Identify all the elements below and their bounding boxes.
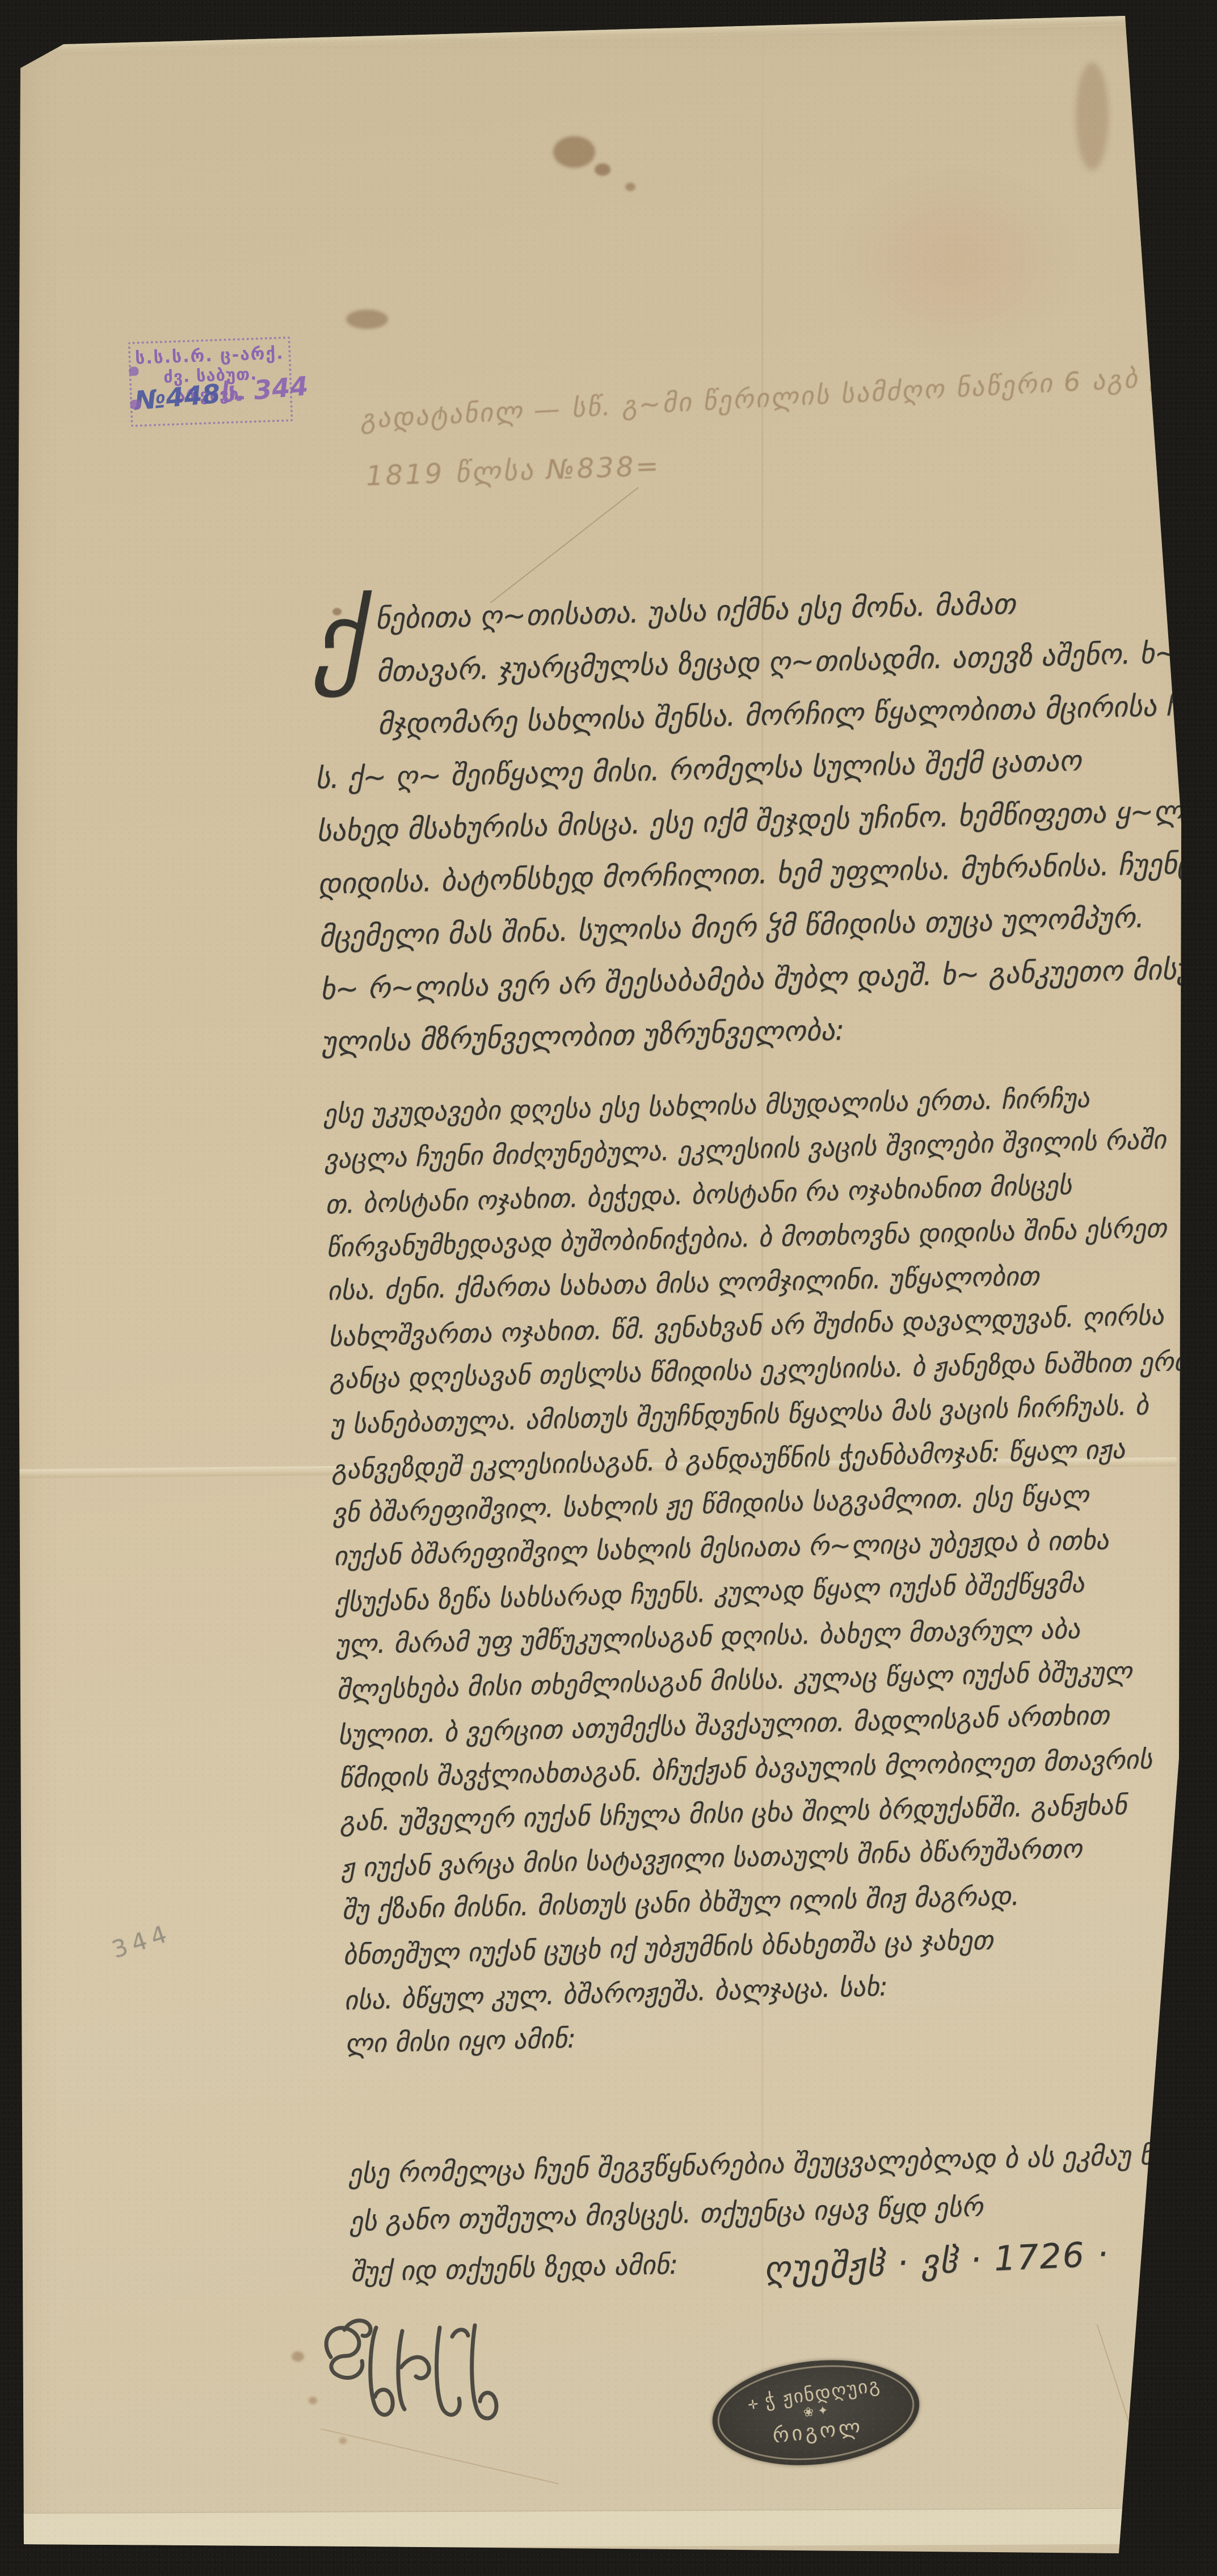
smudge-stain	[346, 310, 388, 329]
pencil-margin-note: 344	[108, 1919, 175, 1964]
scratch-line	[1097, 2324, 1151, 2486]
scratch-line	[321, 2429, 558, 2485]
archive-stamp: ს.ს.ს.რ. ც-არქ. ძვ. საბუთ. არქივი. №448ს…	[128, 336, 293, 427]
small-spot	[292, 2351, 304, 2362]
manuscript-closing-paragraph: ესე რომელცა ჩუენ შეგჳწყნარებია შეუცვალებ…	[348, 2132, 1163, 2297]
pink-blotch	[834, 164, 1078, 357]
drop-cap-initial: ქ	[311, 597, 365, 709]
seal-cross-ornament: ✛	[747, 2397, 759, 2413]
oval-ink-seal: ✛ ჭ ჟინდღუიგ ❀ ✦ რიგოლ	[707, 2350, 924, 2474]
seal-inner-ring	[713, 2356, 919, 2469]
header-annotation-line2: 1819 წლსა №838=	[365, 450, 661, 492]
ink-stain	[625, 183, 635, 191]
manuscript-text-block: ქ ნებითა ღ~თისათა. უასა იქმნა ესე მონა. …	[311, 575, 1162, 2296]
header-annotation-line1: გადატანილ — სწ. გ~მი წერილის სამძღო ნაწე…	[360, 360, 1195, 434]
stamp-number-item: 344	[252, 370, 309, 406]
manuscript-paragraph-2: ესე უკუდავები დღესა ესე სახლისა მსუდალის…	[323, 1074, 1157, 2066]
bottom-fold-band	[23, 2508, 1135, 2549]
ink-stain	[553, 136, 595, 168]
stamp-ink-blob	[130, 399, 141, 409]
stamp-number-suffix: ს.	[219, 376, 246, 409]
scratch-line	[490, 487, 638, 603]
edge-streak-stain	[1076, 62, 1109, 170]
stamp-ink-blob	[129, 366, 139, 376]
closing-benediction: შუქ იდ თქუენს ზედა ამინ:	[350, 2241, 679, 2297]
scanned-document-photo: ს.ს.ს.რ. ც-არქ. ძვ. საბუთ. არქივი. №448ს…	[0, 0, 1217, 2576]
manuscript-paper-sheet: ს.ს.ს.რ. ც-არქ. ძვ. საბუთ. არქივი. №448ს…	[0, 0, 1217, 2576]
date-1726: ღუეშჟჱ · ვჱ · 1726 ·	[763, 2230, 1110, 2293]
small-spot	[339, 2438, 347, 2444]
manuscript-paragraph-1: ქ ნებითა ღ~თისათა. უასა იქმნა ესე მონა. …	[311, 575, 1133, 1069]
calligraphic-signature-monogram	[309, 2313, 502, 2433]
top-fold-band	[14, 0, 1189, 53]
ink-stain	[595, 163, 610, 176]
